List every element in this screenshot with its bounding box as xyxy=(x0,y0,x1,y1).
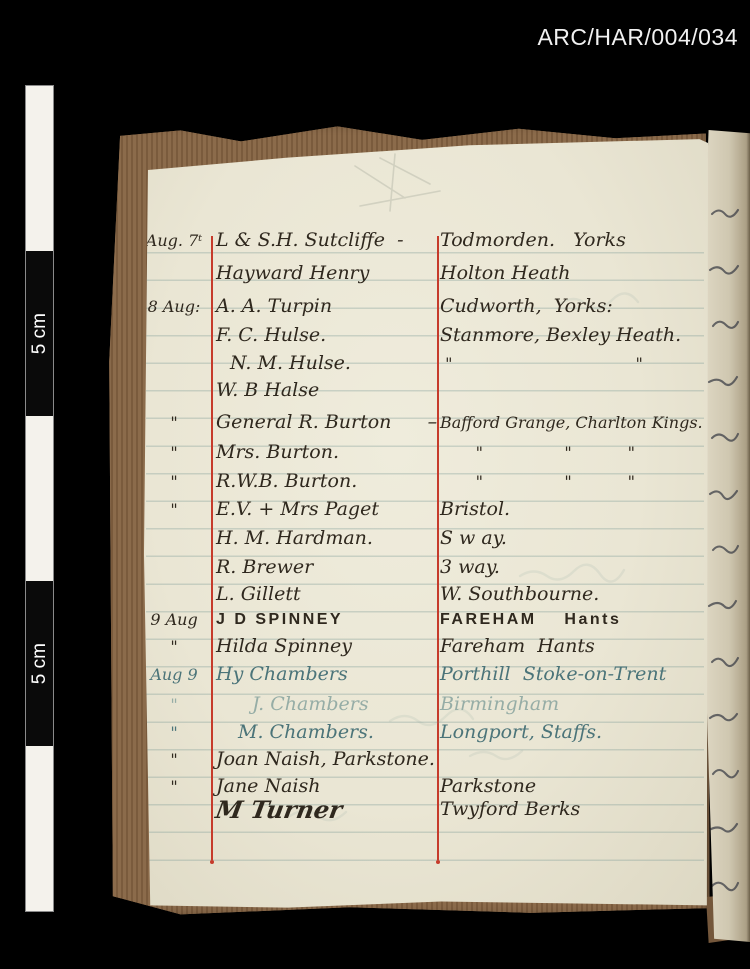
entry-date: 9 Aug xyxy=(142,606,206,633)
entry-place: Birmingham xyxy=(440,691,706,718)
register-entry-row: "M. Chambers.Longport, Staffs. xyxy=(140,719,708,746)
register-entry-row: "E.V. + Mrs PagetBristol. xyxy=(140,496,708,523)
entry-place: Porthill Stoke-on-Trent xyxy=(440,661,706,688)
scale-bar: 5 cm5 cm xyxy=(25,85,54,912)
entry-name: R.W.B. Burton. xyxy=(216,468,437,495)
register-entry-row: 8 Aug:A. A. TurpinCudworth, Yorks: xyxy=(140,293,708,320)
entry-name: M Turner xyxy=(214,796,440,823)
entry-place: Bristol. xyxy=(440,496,706,523)
entry-name: R. Brewer xyxy=(216,554,437,581)
entry-name: M. Chambers. xyxy=(238,719,459,746)
register-entry-row: 9 AugJ D SPINNEYFAREHAM Hants xyxy=(140,606,708,633)
register-page: Aug. 7ᵗL & S.H. Sutcliffe -Todmorden. Yo… xyxy=(140,136,708,910)
register-entry-row: "R.W.B. Burton. " " " xyxy=(140,468,708,495)
entry-name: L & S.H. Sutcliffe - xyxy=(216,227,437,254)
archive-reference-number: ARC/HAR/004/034 xyxy=(537,24,738,51)
entry-place: FAREHAM Hants xyxy=(440,606,706,633)
entry-place: Cudworth, Yorks: xyxy=(440,293,706,320)
entry-place: " " xyxy=(440,350,706,377)
register-entry-row: Aug. 7ᵗL & S.H. Sutcliffe -Todmorden. Yo… xyxy=(140,227,708,254)
register-entry-row: N. M. Hulse. " " xyxy=(140,350,708,377)
entry-name: General R. Burton – xyxy=(216,409,437,436)
entry-place: Stanmore, Bexley Heath. xyxy=(440,322,706,349)
entry-date: " xyxy=(142,633,206,660)
register-entry-row: Hayward HenryHolton Heath xyxy=(140,260,708,287)
scale-bar-black-segment: 5 cm xyxy=(26,581,53,746)
register-entry-row: Aug 9Hy ChambersPorthill Stoke-on-Trent xyxy=(140,661,708,688)
entry-name: H. M. Hardman. xyxy=(216,525,437,552)
entry-date: " xyxy=(142,496,206,523)
entry-place: Longport, Staffs. xyxy=(440,719,706,746)
entry-name: Hy Chambers xyxy=(216,661,437,688)
entry-name: A. A. Turpin xyxy=(216,293,437,320)
entry-name: J D SPINNEY xyxy=(216,606,437,633)
entry-date: " xyxy=(142,409,206,436)
entry-date: " xyxy=(142,439,206,466)
register-entry-row: F. C. Hulse.Stanmore, Bexley Heath. xyxy=(140,322,708,349)
register-entry-row: "Hilda SpinneyFareham Hants xyxy=(140,633,708,660)
entry-place: S w ay. xyxy=(440,525,706,552)
register-entry-row: "General R. Burton –Bafford Grange, Char… xyxy=(140,409,708,436)
entry-date: Aug 9 xyxy=(142,661,206,688)
entry-place: Twyford Berks xyxy=(440,796,706,823)
archive-photograph: ARC/HAR/004/034 5 cm5 cm xyxy=(0,0,750,969)
entry-name: Mrs. Burton. xyxy=(216,439,437,466)
entry-place: Bafford Grange, Charlton Kings. Glos: xyxy=(440,409,706,436)
scale-bar-label: 5 cm xyxy=(29,643,51,684)
entry-name: E.V. + Mrs Paget xyxy=(216,496,437,523)
entry-place: W. Southbourne. xyxy=(440,581,706,608)
entry-name: L. Gillett xyxy=(216,581,437,608)
entry-name: N. M. Hulse. xyxy=(230,350,451,377)
entry-name: Joan Naish, Parkstone. xyxy=(216,746,437,773)
register-entry-row: W. B Halse xyxy=(140,377,708,404)
entry-place: " " " xyxy=(440,439,706,466)
entry-date: " xyxy=(142,691,206,718)
entry-date: " xyxy=(142,719,206,746)
entry-place: Todmorden. Yorks xyxy=(440,227,706,254)
adjacent-page-writing-fragments xyxy=(704,130,750,942)
entry-date: " xyxy=(142,746,206,773)
entry-date: 8 Aug: xyxy=(142,293,206,320)
entry-place: " " " xyxy=(440,468,706,495)
scale-bar-label: 5 cm xyxy=(29,313,51,354)
register-entry-row: "Mrs. Burton. " " " xyxy=(140,439,708,466)
entry-place: Holton Heath xyxy=(440,260,706,287)
entry-name: Hayward Henry xyxy=(216,260,437,287)
register-entry-row: M TurnerTwyford Berks xyxy=(140,796,708,823)
entry-date: " xyxy=(142,468,206,495)
scale-bar-white-segment xyxy=(26,746,53,911)
entry-place: Fareham Hants xyxy=(440,633,706,660)
scale-bar-white-segment xyxy=(26,416,53,581)
register-entry-row: "J. ChambersBirmingham xyxy=(140,691,708,718)
register-entry-row: H. M. Hardman.S w ay. xyxy=(140,525,708,552)
adjacent-page-edge xyxy=(704,130,750,942)
entry-place: 3 way. xyxy=(440,554,706,581)
register-entry-row: "Joan Naish, Parkstone. xyxy=(140,746,708,773)
register-entry-row: R. Brewer3 way. xyxy=(140,554,708,581)
scale-bar-black-segment: 5 cm xyxy=(26,251,53,416)
entry-date: Aug. 7ᵗ xyxy=(142,227,206,254)
register-entry-row: L. GillettW. Southbourne. xyxy=(140,581,708,608)
scale-bar-white-segment xyxy=(26,86,53,251)
entry-name: Hilda Spinney xyxy=(216,633,437,660)
entry-name: F. C. Hulse. xyxy=(216,322,437,349)
entry-name: W. B Halse xyxy=(216,377,437,404)
